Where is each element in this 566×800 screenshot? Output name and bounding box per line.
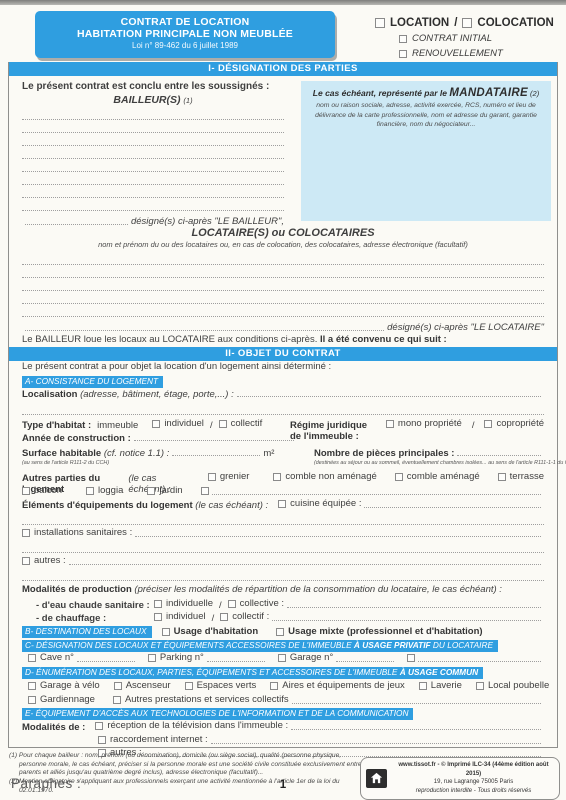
immeuble-label: immeuble: [97, 420, 138, 431]
laverie-label: Laverie: [431, 680, 462, 691]
bailleur-line[interactable]: [22, 159, 284, 172]
locataire-heading: LOCATAIRE(S) ou COLOCATAIRES: [22, 227, 544, 240]
eau-collective-label: collective :: [240, 598, 284, 609]
equip-autres-field-line2[interactable]: [22, 568, 544, 581]
bailleur-column: Le présent contrat est conclu entre les …: [22, 81, 284, 225]
parties-outro: Le BAILLEUR loue les locaux au LOCATAIRE…: [22, 331, 544, 347]
section-a-label: A- CONSISTANCE DU LOGEMENT: [22, 376, 163, 388]
autres-prestations-field[interactable]: [292, 695, 541, 704]
contract-title-line2: HABITATION PRINCIPALE NON MEUBLÉE: [35, 28, 335, 40]
mandataire-heading: Le cas échéant, représenté par le MANDAT…: [311, 87, 541, 99]
parking-label: Parking n°: [160, 652, 204, 663]
localisation-label: Localisation: [22, 389, 77, 400]
surface-row: Surface habitable (cf. notice 1.1) : m² …: [22, 447, 544, 460]
parties-intro: Le présent contrat est conclu entre les …: [22, 81, 284, 94]
section-c-label: C- DÉSIGNATION DES LOCAUX ET ÉQUIPEMENTS…: [22, 640, 498, 652]
ascenseur-label: Ascenseur: [126, 680, 171, 691]
bailleur-line[interactable]: [25, 216, 128, 225]
bailleur-line[interactable]: [22, 146, 284, 159]
autres-parties-row1: Autres parties du logement (le cas échéa…: [22, 471, 544, 485]
chauffage-collectif-field[interactable]: [272, 612, 541, 621]
section-b-row: B- DESTINATION DES LOCAUX Usage d'habita…: [22, 624, 544, 639]
mandataire-prefix: Le cas échéant, représenté par le: [313, 88, 450, 98]
checkbox-laverie[interactable]: [419, 682, 427, 690]
renouvellement-label: RENOUVELLEMENT: [412, 48, 503, 59]
checkbox-eau-individuelle[interactable]: [154, 600, 162, 608]
bailleur-line[interactable]: [22, 107, 284, 120]
bailleur-line[interactable]: [22, 133, 284, 146]
eau-chaude-row: - d'eau chaude sanitaire : individuelle …: [36, 598, 544, 611]
chauffage-collectif-label: collectif :: [232, 611, 269, 622]
modalites-acces-label: Modalités de :: [22, 722, 85, 733]
checkbox-loggia[interactable]: [86, 487, 94, 495]
slash-separator: /: [472, 420, 475, 431]
loggia-label: loggia: [98, 485, 123, 496]
bailleur-heading: BAILLEUR(S) (1): [22, 94, 284, 107]
checkbox-cuisine-equipee[interactable]: [278, 500, 286, 508]
checkbox-balcon[interactable]: [22, 487, 30, 495]
mandataire-hint: nom ou raison sociale, adresse, activité…: [311, 101, 541, 130]
equipements-row: Éléments d'équipements du logement (le c…: [22, 498, 544, 512]
page-header: CONTRAT DE LOCATION HABITATION PRINCIPAL…: [0, 11, 566, 61]
checkbox-usage-habitation[interactable]: [162, 628, 170, 636]
locataire-line[interactable]: [25, 322, 384, 331]
installations-sanitaires-label: installations sanitaires :: [34, 527, 132, 538]
autre-privatif-field[interactable]: [418, 653, 541, 662]
chauffage-label: - de chauffage :: [36, 613, 154, 624]
slash-separator: /: [454, 17, 457, 29]
checkbox-installations-sanitaires[interactable]: [22, 529, 30, 537]
regime-label: Régime juridique de l'immeuble :: [290, 420, 380, 442]
garage-velo-label: Garage à vélo: [40, 680, 100, 691]
tech-row1: Modalités de : réception de la télévisio…: [22, 720, 544, 734]
contract-law-reference: Loi n° 89-462 du 6 juillet 1989: [35, 41, 335, 50]
locataire-line[interactable]: [22, 291, 544, 304]
publisher-line1: www.tissot.fr - © Imprimé ILC-34 (44ème …: [393, 761, 554, 778]
bailleur-designation: désigné(s) ci-après "LE BAILLEUR",: [131, 216, 284, 227]
balcon-label: balcon: [34, 485, 62, 496]
bailleur-footnote-ref: (1): [183, 96, 192, 105]
checkbox-comble-amenage[interactable]: [395, 473, 403, 481]
privatif-row: Cave n° Parking n° Garage n°: [22, 652, 544, 666]
slash-separator: /: [210, 420, 213, 431]
checkbox-renouvellement[interactable]: [399, 50, 407, 58]
bailleur-line[interactable]: [22, 198, 284, 211]
localisation-row: Localisation (adresse, bâtiment, étage, …: [22, 388, 544, 402]
title-banner: CONTRAT DE LOCATION HABITATION PRINCIPAL…: [35, 11, 335, 58]
raccordement-internet-field[interactable]: [211, 735, 541, 744]
pieces-label: Nombre de pièces principales :: [314, 448, 454, 459]
checkbox-espaces-verts[interactable]: [185, 682, 193, 690]
checkbox-aires-jeux[interactable]: [270, 682, 278, 690]
surface-notes-row: (au sens de l'article R111-2 du CCH) (de…: [22, 460, 544, 468]
section-d-row: D- ÉNUMÉRATION DES LOCAUX, PARTIES, ÉQUI…: [22, 666, 544, 680]
grenier-label: grenier: [220, 471, 250, 482]
chauffage-row: - de chauffage : individuel / collectif …: [36, 611, 544, 624]
equipements-hint: (le cas échéant) :: [195, 500, 268, 511]
locataire-line[interactable]: [22, 252, 544, 265]
local-poubelle-label: Local poubelle: [488, 680, 549, 691]
locataire-hint: nom et prénom du ou des locataires ou, e…: [22, 240, 544, 252]
checkbox-jardin[interactable]: [147, 487, 155, 495]
commun-row1: Garage à vélo Ascenseur Espaces verts Ai…: [22, 680, 544, 694]
localisation-field-line2[interactable]: [22, 402, 544, 415]
checkbox-mono-propriete[interactable]: [386, 420, 394, 428]
type-habitat-row: Type d'habitat : immeuble individuel / c…: [22, 418, 544, 432]
location-label: LOCATION: [390, 17, 449, 29]
surface-hint: (cf. notice 1.1) :: [104, 448, 169, 459]
comble-non-amenage-label: comble non aménagé: [285, 471, 376, 482]
garage-field[interactable]: [336, 653, 394, 662]
page-number: 1: [0, 779, 566, 791]
localisation-hint: (adresse, bâtiment, étage, porte,...) :: [80, 389, 234, 400]
mono-propriete-label: mono propriété: [398, 418, 462, 429]
contract-body: I- DÉSIGNATION DES PARTIES Le présent co…: [8, 62, 558, 748]
checkbox-chauffage-collectif[interactable]: [220, 613, 228, 621]
checkbox-terrasse[interactable]: [498, 473, 506, 481]
checkbox-autre-partie[interactable]: [201, 487, 209, 495]
slash-separator: /: [219, 600, 222, 611]
mandataire-column: Le cas échéant, représenté par le MANDAT…: [301, 81, 551, 225]
section2-bar: II- OBJET DU CONTRAT: [9, 347, 557, 361]
outro-text: Le BAILLEUR loue les locaux au LOCATAIRE…: [22, 334, 320, 345]
section-d-label: D- ÉNUMÉRATION DES LOCAUX, PARTIES, ÉQUI…: [22, 667, 483, 679]
surface-note: (au sens de l'article R111-2 du CCH): [22, 460, 109, 466]
equipements-label: Éléments d'équipements du logement: [22, 500, 193, 511]
jardin-label: jardin: [159, 485, 182, 496]
tech-row2: raccordement internet :: [22, 734, 544, 747]
individuel-label: individuel: [164, 418, 204, 429]
equip-autres-field[interactable]: [69, 556, 541, 565]
surface-unit: m²: [263, 448, 274, 459]
cave-field[interactable]: [77, 653, 135, 662]
chauffage-individuel-label: individuel: [166, 611, 206, 622]
cave-label: Cave n°: [40, 652, 74, 663]
commun-row2: Gardiennage Autres prestations et servic…: [22, 694, 544, 707]
eau-individuelle-label: individuelle: [166, 598, 213, 609]
gardiennage-label: Gardiennage: [40, 694, 95, 705]
checkbox-colocation[interactable]: [462, 18, 472, 28]
mandataire-footnote-ref: (2): [528, 89, 539, 98]
cuisine-equipee-label: cuisine équipée :: [290, 498, 361, 509]
checkbox-eau-collective[interactable]: [228, 600, 236, 608]
checkbox-usage-mixte[interactable]: [276, 628, 284, 636]
bailleur-line[interactable]: [22, 172, 284, 185]
checkbox-chauffage-individuel[interactable]: [154, 613, 162, 621]
raccordement-internet-label: raccordement internet :: [110, 734, 208, 745]
modalites-production-label: Modalités de production: [22, 584, 132, 595]
surface-field[interactable]: [172, 447, 260, 456]
copropriete-label: copropriété: [496, 418, 544, 429]
section1-bar: I- DÉSIGNATION DES PARTIES: [9, 62, 557, 76]
localisation-field[interactable]: [237, 388, 541, 397]
equip-autres-label: autres :: [34, 555, 66, 566]
checkbox-reception-tv[interactable]: [95, 722, 103, 730]
checkbox-grenier[interactable]: [208, 473, 216, 481]
modalites-production-row: Modalités de production (préciser les mo…: [22, 584, 544, 598]
autres-parties-row2: balcon loggia jardin: [22, 485, 544, 498]
colocation-label: COLOCATION: [477, 17, 553, 29]
slash-separator: /: [212, 613, 215, 624]
section-e-row: E- ÉQUIPEMENT D'ACCÈS AUX TECHNOLOGIES D…: [22, 707, 544, 720]
checkbox-ascenseur[interactable]: [114, 682, 122, 690]
checkbox-raccordement-internet[interactable]: [98, 736, 106, 744]
footnote-1: (1) Pour chaque bailleur : nom, prénom (…: [9, 752, 363, 778]
parking-field[interactable]: [207, 653, 265, 662]
checkbox-garage[interactable]: [278, 654, 286, 662]
locataire-line[interactable]: [22, 304, 544, 317]
cuisine-equipee-field-line2[interactable]: [22, 512, 544, 525]
parties-section: Le présent contrat est conclu entre les …: [9, 76, 557, 225]
checkbox-local-poubelle[interactable]: [476, 682, 484, 690]
checkbox-copropriete[interactable]: [484, 420, 492, 428]
pieces-field[interactable]: [457, 447, 541, 456]
checkbox-gardiennage[interactable]: [28, 696, 36, 704]
reception-tv-field[interactable]: [291, 721, 541, 730]
espaces-verts-label: Espaces verts: [197, 680, 257, 691]
section-c-row: C- DÉSIGNATION DES LOCAUX ET ÉQUIPEMENTS…: [22, 639, 544, 652]
eau-chaude-label: - d'eau chaude sanitaire :: [36, 600, 154, 611]
type-habitat-label: Type d'habitat :: [22, 420, 91, 431]
contract-page: CONTRAT DE LOCATION HABITATION PRINCIPAL…: [0, 0, 566, 800]
checkbox-comble-non-amenage[interactable]: [273, 473, 281, 481]
installations-sanitaires-field[interactable]: [135, 528, 541, 537]
terrasse-label: terrasse: [510, 471, 544, 482]
reception-tv-label: réception de la télévision dans l'immeub…: [107, 720, 288, 731]
contract-type-options: LOCATION / COLOCATION CONTRAT INITIAL RE…: [375, 11, 554, 61]
mandataire-title: MANDATAIRE: [449, 87, 528, 99]
checkbox-cave[interactable]: [28, 654, 36, 662]
contract-title-line1: CONTRAT DE LOCATION: [35, 16, 335, 28]
objet-intro: Le présent contrat a pour objet la locat…: [22, 361, 544, 375]
annee-label: Année de construction :: [22, 433, 131, 444]
locataire-line[interactable]: [22, 278, 544, 291]
bailleur-line[interactable]: [22, 120, 284, 133]
checkbox-contrat-initial[interactable]: [399, 35, 407, 43]
modalites-production-hint: (préciser les modalités de répartition d…: [134, 584, 502, 595]
checkbox-equip-autres[interactable]: [22, 557, 30, 565]
checkbox-collectif[interactable]: [219, 420, 227, 428]
section-b-label: B- DESTINATION DES LOCAUX: [22, 626, 152, 638]
surface-label: Surface habitable: [22, 448, 101, 459]
eau-collective-field[interactable]: [287, 599, 541, 608]
checkbox-individuel[interactable]: [152, 420, 160, 428]
objet-section: Le présent contrat a pour objet la locat…: [9, 361, 557, 760]
outro-bold: Il a été convenu ce qui suit :: [320, 334, 447, 345]
collectif-label: collectif: [231, 418, 263, 429]
section-e-label: E- ÉQUIPEMENT D'ACCÈS AUX TECHNOLOGIES D…: [22, 708, 413, 720]
equip-autres-row: autres :: [22, 555, 544, 568]
sanitaires-row: installations sanitaires :: [22, 527, 544, 540]
installations-sanitaires-field-line2[interactable]: [22, 540, 544, 553]
mandataire-box: Le cas échéant, représenté par le MANDAT…: [301, 81, 551, 221]
autres-prestations-label: Autres prestations et services collectif…: [125, 694, 289, 705]
annee-field[interactable]: [134, 432, 294, 441]
usage-habitation-label: Usage d'habitation: [174, 626, 259, 637]
checkbox-autre-privatif[interactable]: [407, 654, 415, 662]
locataire-line[interactable]: [22, 265, 544, 278]
autre-partie-field[interactable]: [212, 486, 541, 495]
garage-label: Garage n°: [290, 652, 333, 663]
pieces-note: (destinées au séjour ou au sommeil, éven…: [314, 460, 566, 466]
comble-amenage-label: comble aménagé: [407, 471, 480, 482]
usage-mixte-label: Usage mixte (professionnel et d'habitati…: [288, 626, 482, 637]
locataire-section: LOCATAIRE(S) ou COLOCATAIRES nom et prén…: [9, 227, 557, 347]
contrat-initial-label: CONTRAT INITIAL: [412, 33, 492, 44]
aires-jeux-label: Aires et équipements de jeux: [282, 680, 405, 691]
locataire-designation: désigné(s) ci-après "LE LOCATAIRE": [387, 322, 544, 333]
cuisine-equipee-field[interactable]: [364, 499, 541, 508]
checkbox-parking[interactable]: [148, 654, 156, 662]
checkbox-location[interactable]: [375, 18, 385, 28]
bailleur-title: BAILLEUR(S): [113, 94, 180, 106]
checkbox-autres-prestations[interactable]: [113, 696, 121, 704]
checkbox-garage-velo[interactable]: [28, 682, 36, 690]
bailleur-line[interactable]: [22, 185, 284, 198]
